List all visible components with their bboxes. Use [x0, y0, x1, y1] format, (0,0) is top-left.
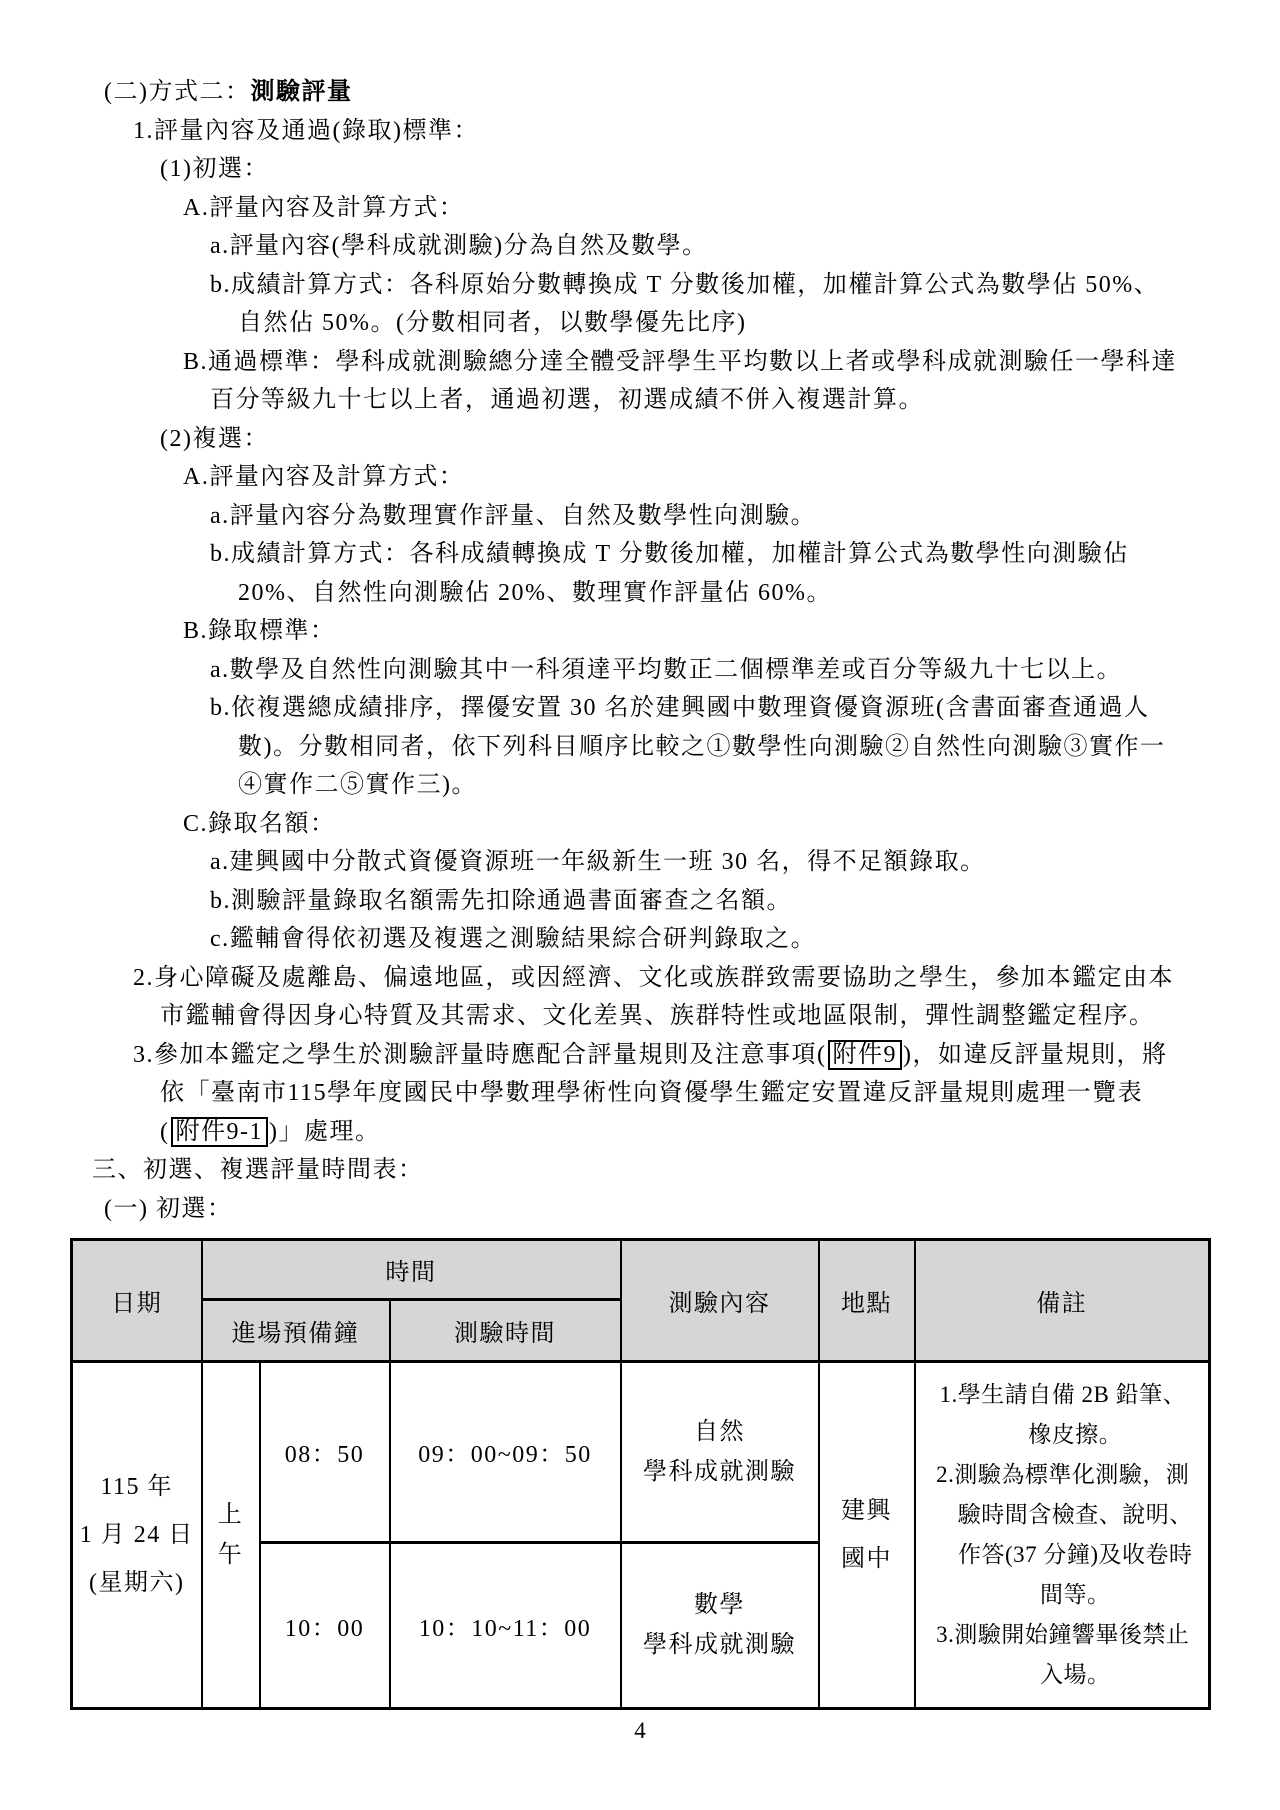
doc-line-l28-post: )」處理。	[269, 1119, 381, 1145]
th-time: 時間	[202, 1240, 621, 1300]
cell-date: 115 年 1 月 24 日 (星期六)	[72, 1362, 202, 1709]
cell-prep-time-1: 08：50	[260, 1362, 390, 1543]
cell-prep-time-2: 10：00	[260, 1542, 390, 1708]
cell-test-time-1: 09：00~09：50	[390, 1362, 621, 1543]
doc-line-l12: a.評量內容分為數理實作評量、自然及數學性向測驗。	[0, 497, 1280, 536]
doc-line-l22: b.測驗評量錄取名額需先扣除通過書面審查之名額。	[0, 882, 1280, 921]
doc-line-l15: B.錄取標準：	[0, 612, 1280, 651]
document-body: (二)方式二：測驗評量 1.評量內容及通過(錄取)標準： (1)初選： A.評量…	[0, 73, 1280, 1228]
doc-line-l23: c.鑑輔會得依初選及複選之測驗結果綜合研判錄取之。	[0, 920, 1280, 959]
page-number: 4	[0, 1718, 1280, 1744]
doc-line-l02: 1.評量內容及通過(錄取)標準：	[0, 112, 1280, 151]
doc-line-l28-pre: (	[160, 1119, 170, 1145]
doc-line-l04: A.評量內容及計算方式：	[0, 189, 1280, 228]
doc-line-l06: b.成績計算方式：各科原始分數轉換成 T 分數後加權，加權計算公式為數學佔 50…	[0, 266, 1280, 305]
doc-line-l05: a.評量內容(學科成就測驗)分為自然及數學。	[0, 227, 1280, 266]
doc-line-l16: a.數學及自然性向測驗其中一科須達平均數正二個標準差或百分等級九十七以上。	[0, 651, 1280, 690]
th-location: 地點	[819, 1240, 915, 1362]
doc-line-l09: 百分等級九十七以上者，通過初選，初選成績不併入複選計算。	[0, 381, 1280, 420]
doc-line-l14: 20%、自然性向測驗佔 20%、數理實作評量佔 60%。	[0, 574, 1280, 613]
subject-type-1: 學科成就測驗	[622, 1452, 818, 1492]
doc-line-l03: (1)初選：	[0, 150, 1280, 189]
date-line-3: (星期六)	[73, 1559, 201, 1607]
doc-line-l19: ④實作二⑤實作三)。	[0, 766, 1280, 805]
date-line-1: 115 年	[73, 1463, 201, 1511]
doc-line-l20: C.錄取名額：	[0, 805, 1280, 844]
doc-line-l28: (附件9-1)」處理。	[0, 1113, 1280, 1152]
doc-line-l26: 3.參加本鑑定之學生於測驗評量時應配合評量規則及注意事項(附件9)，如違反評量規…	[0, 1036, 1280, 1075]
location-line-1: 建興	[820, 1487, 914, 1535]
doc-line-l10: (2)複選：	[0, 420, 1280, 459]
th-test-time: 測驗時間	[390, 1300, 621, 1362]
session-char-2: 午	[203, 1535, 259, 1575]
doc-line-l07: 自然佔 50%。(分數相同者，以數學優先比序)	[0, 304, 1280, 343]
doc-line-l30: (一) 初選：	[0, 1190, 1280, 1229]
note-item-1: 1.學生請自備 2B 鉛筆、橡皮擦。	[930, 1375, 1197, 1455]
location-line-2: 國中	[820, 1535, 914, 1583]
doc-line-l26-pre: 3.參加本鑑定之學生於測驗評量時應配合評量規則及注意事項(	[133, 1042, 827, 1068]
cell-content-2: 數學 學科成就測驗	[621, 1542, 819, 1708]
cell-notes: 1.學生請自備 2B 鉛筆、橡皮擦。 2.測驗為標準化測驗，測驗時間含檢查、說明…	[915, 1362, 1210, 1709]
th-prep-bell: 進場預備鐘	[202, 1300, 390, 1362]
section-heading: (二)方式二：測驗評量	[0, 73, 1280, 112]
doc-line-l17: b.依複選總成績排序，擇優安置 30 名於建興國中數理資優資源班(含書面審查通過…	[0, 689, 1280, 728]
doc-line-l18: 數)。分數相同者，依下列科目順序比較之①數學性向測驗②自然性向測驗③實作一	[0, 728, 1280, 767]
subject-type-2: 學科成就測驗	[622, 1625, 818, 1665]
section-heading-prefix: (二)方式二：	[104, 79, 250, 105]
cell-content-1: 自然 學科成就測驗	[621, 1362, 819, 1543]
session-char-1: 上	[203, 1495, 259, 1535]
subject-1: 自然	[622, 1412, 818, 1452]
note-item-2: 2.測驗為標準化測驗，測驗時間含檢查、說明、作答(37 分鐘)及收卷時間等。	[930, 1455, 1197, 1615]
doc-line-l13: b.成績計算方式：各科成績轉換成 T 分數後加權，加權計算公式為數學性向測驗佔	[0, 535, 1280, 574]
section-heading-bold: 測驗評量	[250, 79, 352, 105]
attachment-9-1-ref: 附件9-1	[171, 1117, 269, 1147]
document-page: (二)方式二：測驗評量 1.評量內容及通過(錄取)標準： (1)初選： A.評量…	[0, 0, 1280, 1810]
doc-line-l08: B.通過標準：學科成就測驗總分達全體受評學生平均數以上者或學科成就測驗任一學科達	[0, 343, 1280, 382]
schedule-table: 日期 時間 測驗內容 地點 備註 進場預備鐘 測驗時間 115 年 1 月 24…	[70, 1238, 1211, 1710]
th-test-content: 測驗內容	[621, 1240, 819, 1362]
doc-line-l29: 三、初選、複選評量時間表：	[0, 1151, 1280, 1190]
th-date: 日期	[72, 1240, 202, 1362]
th-notes: 備註	[915, 1240, 1210, 1362]
date-line-2: 1 月 24 日	[73, 1511, 201, 1559]
attachment-9-ref: 附件9	[828, 1040, 903, 1070]
doc-line-l11: A.評量內容及計算方式：	[0, 458, 1280, 497]
doc-line-l27: 依「臺南市115學年度國民中學數理學術性向資優學生鑑定安置違反評量規則處理一覽表	[0, 1074, 1280, 1113]
note-item-3: 3.測驗開始鐘響畢後禁止入場。	[930, 1615, 1197, 1695]
cell-location: 建興 國中	[819, 1362, 915, 1709]
cell-test-time-2: 10：10~11：00	[390, 1542, 621, 1708]
cell-session: 上 午	[202, 1362, 260, 1709]
subject-2: 數學	[622, 1585, 818, 1625]
doc-line-l25: 市鑑輔會得因身心特質及其需求、文化差異、族群特性或地區限制，彈性調整鑑定程序。	[0, 997, 1280, 1036]
doc-line-l24: 2.身心障礙及處離島、偏遠地區，或因經濟、文化或族群致需要協助之學生，參加本鑑定…	[0, 959, 1280, 998]
doc-line-l26-post: )，如違反評量規則，將	[903, 1042, 1168, 1068]
doc-line-l21: a.建興國中分散式資優資源班一年級新生一班 30 名，得不足額錄取。	[0, 843, 1280, 882]
